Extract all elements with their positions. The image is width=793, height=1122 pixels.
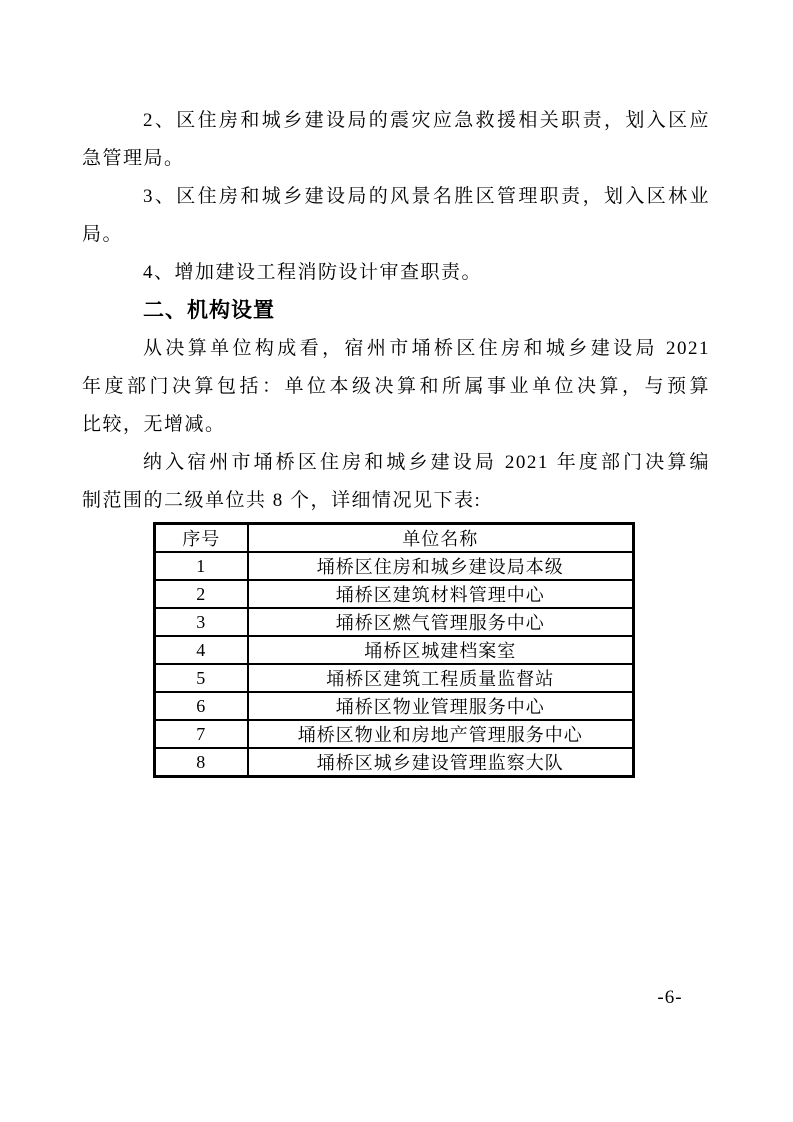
- table-row: 4 埇桥区城建档案室: [155, 636, 634, 664]
- paragraph-line: 2、区住房和城乡建设局的震灾应急救援相关职责，划入区应: [82, 102, 710, 140]
- paragraph-line: 纳入宿州市埇桥区住房和城乡建设局 2021 年度部门决算编: [82, 444, 710, 482]
- cell-unit-name: 埇桥区建筑工程质量监督站: [248, 664, 634, 692]
- page-number: -6-: [636, 985, 704, 1011]
- paragraph-line: 从决算单位构成看，宿州市埇桥区住房和城乡建设局 2021: [82, 330, 710, 368]
- table-row: 1 埇桥区住房和城乡建设局本级: [155, 552, 634, 580]
- paragraph-line: 制范围的二级单位共 8 个，详细情况见下表:: [82, 482, 710, 520]
- table-row: 8 埇桥区城乡建设管理监察大队: [155, 748, 634, 777]
- paragraph-line: 局。: [82, 216, 710, 254]
- section-heading: 二、机构设置: [82, 292, 710, 330]
- table-row: 7 埇桥区物业和房地产管理服务中心: [155, 720, 634, 748]
- table-row: 2 埇桥区建筑材料管理中心: [155, 580, 634, 608]
- cell-serial: 8: [155, 748, 248, 777]
- cell-serial: 6: [155, 692, 248, 720]
- col-header-unit-name: 单位名称: [248, 524, 634, 553]
- col-header-serial: 序号: [155, 524, 248, 553]
- cell-serial: 4: [155, 636, 248, 664]
- cell-serial: 1: [155, 552, 248, 580]
- units-table: 序号 单位名称 1 埇桥区住房和城乡建设局本级 2 埇桥区建筑材料管理中心 3 …: [153, 522, 635, 778]
- paragraph-line: 年度部门决算包括：单位本级决算和所属事业单位决算，与预算: [82, 368, 710, 406]
- paragraph-line: 4、增加建设工程消防设计审查职责。: [82, 254, 710, 292]
- paragraph-line: 急管理局。: [82, 140, 710, 178]
- table-row: 6 埇桥区物业管理服务中心: [155, 692, 634, 720]
- cell-serial: 3: [155, 608, 248, 636]
- cell-unit-name: 埇桥区燃气管理服务中心: [248, 608, 634, 636]
- cell-unit-name: 埇桥区城建档案室: [248, 636, 634, 664]
- table-row: 3 埇桥区燃气管理服务中心: [155, 608, 634, 636]
- cell-unit-name: 埇桥区物业和房地产管理服务中心: [248, 720, 634, 748]
- paragraph-line: 比较，无增减。: [82, 406, 710, 444]
- document-page: 2、区住房和城乡建设局的震灾应急救援相关职责，划入区应 急管理局。 3、区住房和…: [0, 0, 793, 1122]
- document-body: 2、区住房和城乡建设局的震灾应急救援相关职责，划入区应 急管理局。 3、区住房和…: [82, 102, 710, 520]
- cell-unit-name: 埇桥区建筑材料管理中心: [248, 580, 634, 608]
- table-header-row: 序号 单位名称: [155, 524, 634, 553]
- cell-unit-name: 埇桥区城乡建设管理监察大队: [248, 748, 634, 777]
- cell-unit-name: 埇桥区物业管理服务中心: [248, 692, 634, 720]
- cell-serial: 2: [155, 580, 248, 608]
- cell-unit-name: 埇桥区住房和城乡建设局本级: [248, 552, 634, 580]
- table-row: 5 埇桥区建筑工程质量监督站: [155, 664, 634, 692]
- cell-serial: 5: [155, 664, 248, 692]
- cell-serial: 7: [155, 720, 248, 748]
- paragraph-line: 3、区住房和城乡建设局的风景名胜区管理职责，划入区林业: [82, 178, 710, 216]
